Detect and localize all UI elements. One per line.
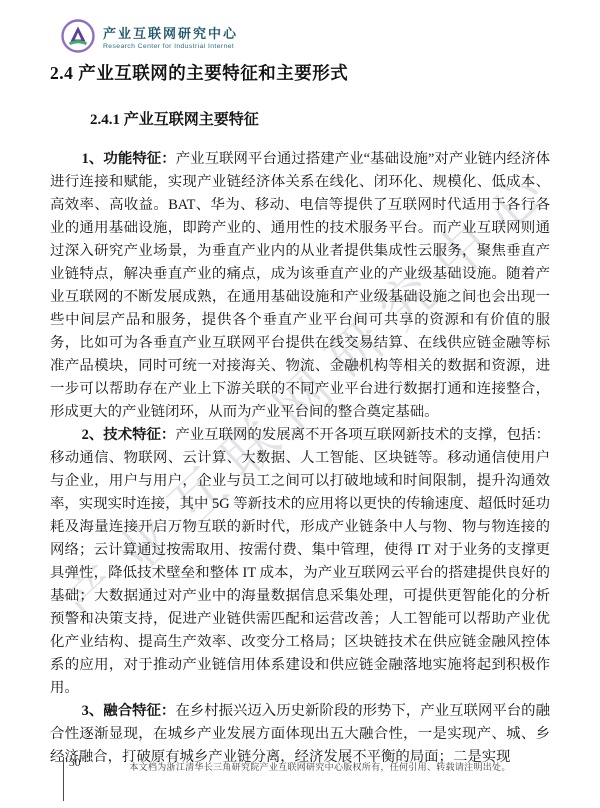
org-name-en: Research Center for Industrial Internet: [103, 43, 238, 50]
org-name-block: 产业互联网研究中心 Research Center for Industrial…: [103, 23, 238, 50]
page-footer: 30 本文档为浙江清华长三角研究院产业互联网研究中心版权所有，任何引用、转载请注…: [0, 755, 600, 808]
paragraph-technical-feature: 2、技术特征：产业互联网的发展离不开各项互联网新技术的支撑，包括：移动通信、物联…: [50, 424, 550, 700]
paragraph-text: 产业互联网的发展离不开各项互联网新技术的支撑，包括：移动通信、物联网、云计算、大…: [50, 427, 550, 696]
paragraph-number: 1、: [82, 151, 104, 167]
copyright-note: 本文档为浙江清华长三角研究院产业互联网研究中心版权所有，任何引用、转载请注明出处…: [80, 760, 560, 773]
paragraph-number: 2、: [82, 427, 104, 443]
subsection-title: 2.4.1 产业互联网主要特征: [90, 108, 550, 129]
page-number: 30: [69, 757, 81, 769]
org-name-zh: 产业互联网研究中心: [103, 23, 238, 42]
paragraph-label: 融合特征：: [103, 703, 175, 719]
paragraph-text: 产业互联网平台通过搭建产业“基础设施”对产业链内经济体进行连接和赋能，实现产业链…: [50, 151, 550, 420]
org-logo-icon: [60, 18, 96, 54]
page-header: 产业互联网研究中心 Research Center for Industrial…: [60, 18, 238, 54]
paragraph-label: 功能特征：: [103, 151, 175, 167]
document-page: 产业互联网研究中心 产业互联网研究中心 Research Center for …: [0, 0, 600, 808]
document-body: 2.4 产业互联网的主要特征和主要形式 2.4.1 产业互联网主要特征 1、功能…: [50, 60, 550, 769]
footer-divider: [63, 757, 64, 801]
section-title: 2.4 产业互联网的主要特征和主要形式: [50, 60, 550, 85]
paragraph-number: 3、: [82, 703, 104, 719]
paragraph-label: 技术特征：: [103, 427, 175, 443]
paragraph-functional-feature: 1、功能特征：产业互联网平台通过搭建产业“基础设施”对产业链内经济体进行连接和赋…: [50, 148, 550, 424]
